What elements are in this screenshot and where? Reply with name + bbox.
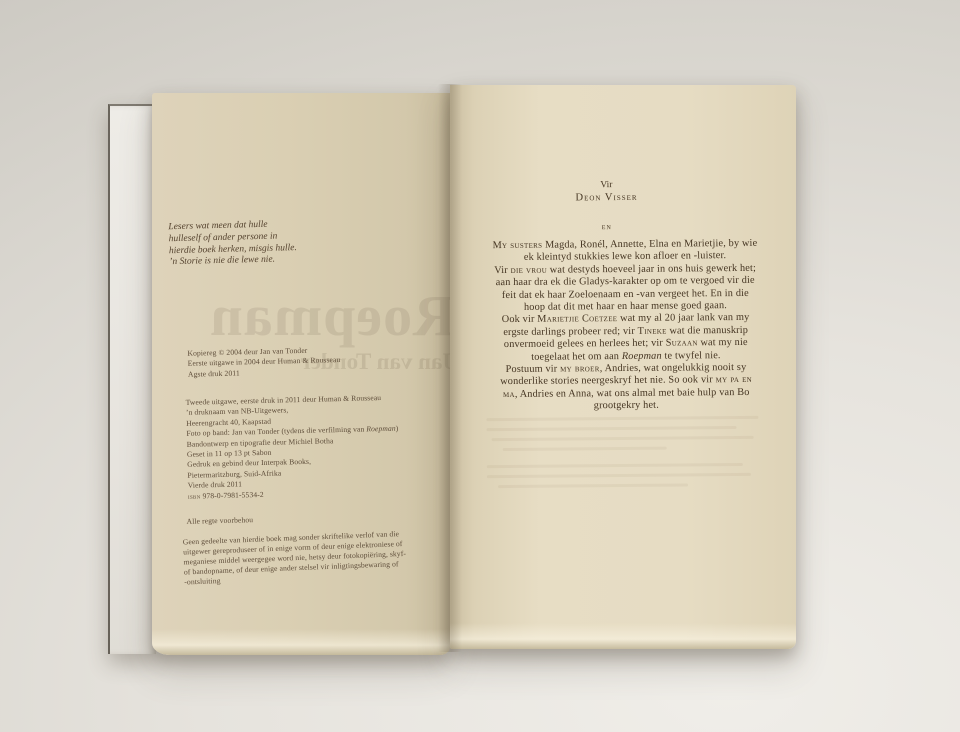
showthrough-paragraph-lines — [486, 416, 759, 495]
text-line: isbn 978-0-7981-5534-2 — [188, 490, 264, 502]
text-line: grootgekry het. — [458, 399, 794, 414]
right-page-dedication: Vir Deon Visser en My susters Magda, Ron… — [450, 85, 796, 649]
book-cover-edge — [108, 104, 156, 654]
copyright-block: Kopiereg © 2004 deur Jan van TonderEerst… — [187, 345, 340, 380]
text-line: ’n Storie is nie die lewe nie. — [169, 254, 297, 269]
legal-notice-block: Geen gedeelte van hierdie boek mag sonde… — [183, 529, 407, 588]
colophon-text-area: Lesers wat meen dat hullehulleself of an… — [152, 93, 450, 655]
dedication-conjunction: en — [450, 220, 765, 233]
dedication-name: Deon Visser — [450, 191, 765, 205]
photo-background: Roepman Jan van Tonder Lesers wat meen d… — [0, 0, 960, 732]
rights-reserved-line: Alle regte voorbehou — [186, 515, 253, 527]
open-book: Roepman Jan van Tonder Lesers wat meen d… — [108, 84, 798, 664]
isbn-line: isbn 978-0-7981-5534-2 — [188, 490, 264, 502]
dedication-paragraphs: My susters Magda, Ronél, Annette, Elna e… — [457, 238, 795, 415]
epigraph-block: Lesers wat meen dat hullehulleself of an… — [168, 219, 297, 269]
dedication-vir-label: Vir — [450, 179, 764, 192]
edition-imprint-block: Tweede uitgawe, eerste druk in 2011 deur… — [186, 393, 400, 492]
dedication-text-area: Vir Deon Visser en My susters Magda, Ron… — [450, 85, 796, 649]
left-page-colophon: Roepman Jan van Tonder Lesers wat meen d… — [152, 93, 450, 655]
text-line: Alle regte voorbehou — [186, 515, 253, 527]
